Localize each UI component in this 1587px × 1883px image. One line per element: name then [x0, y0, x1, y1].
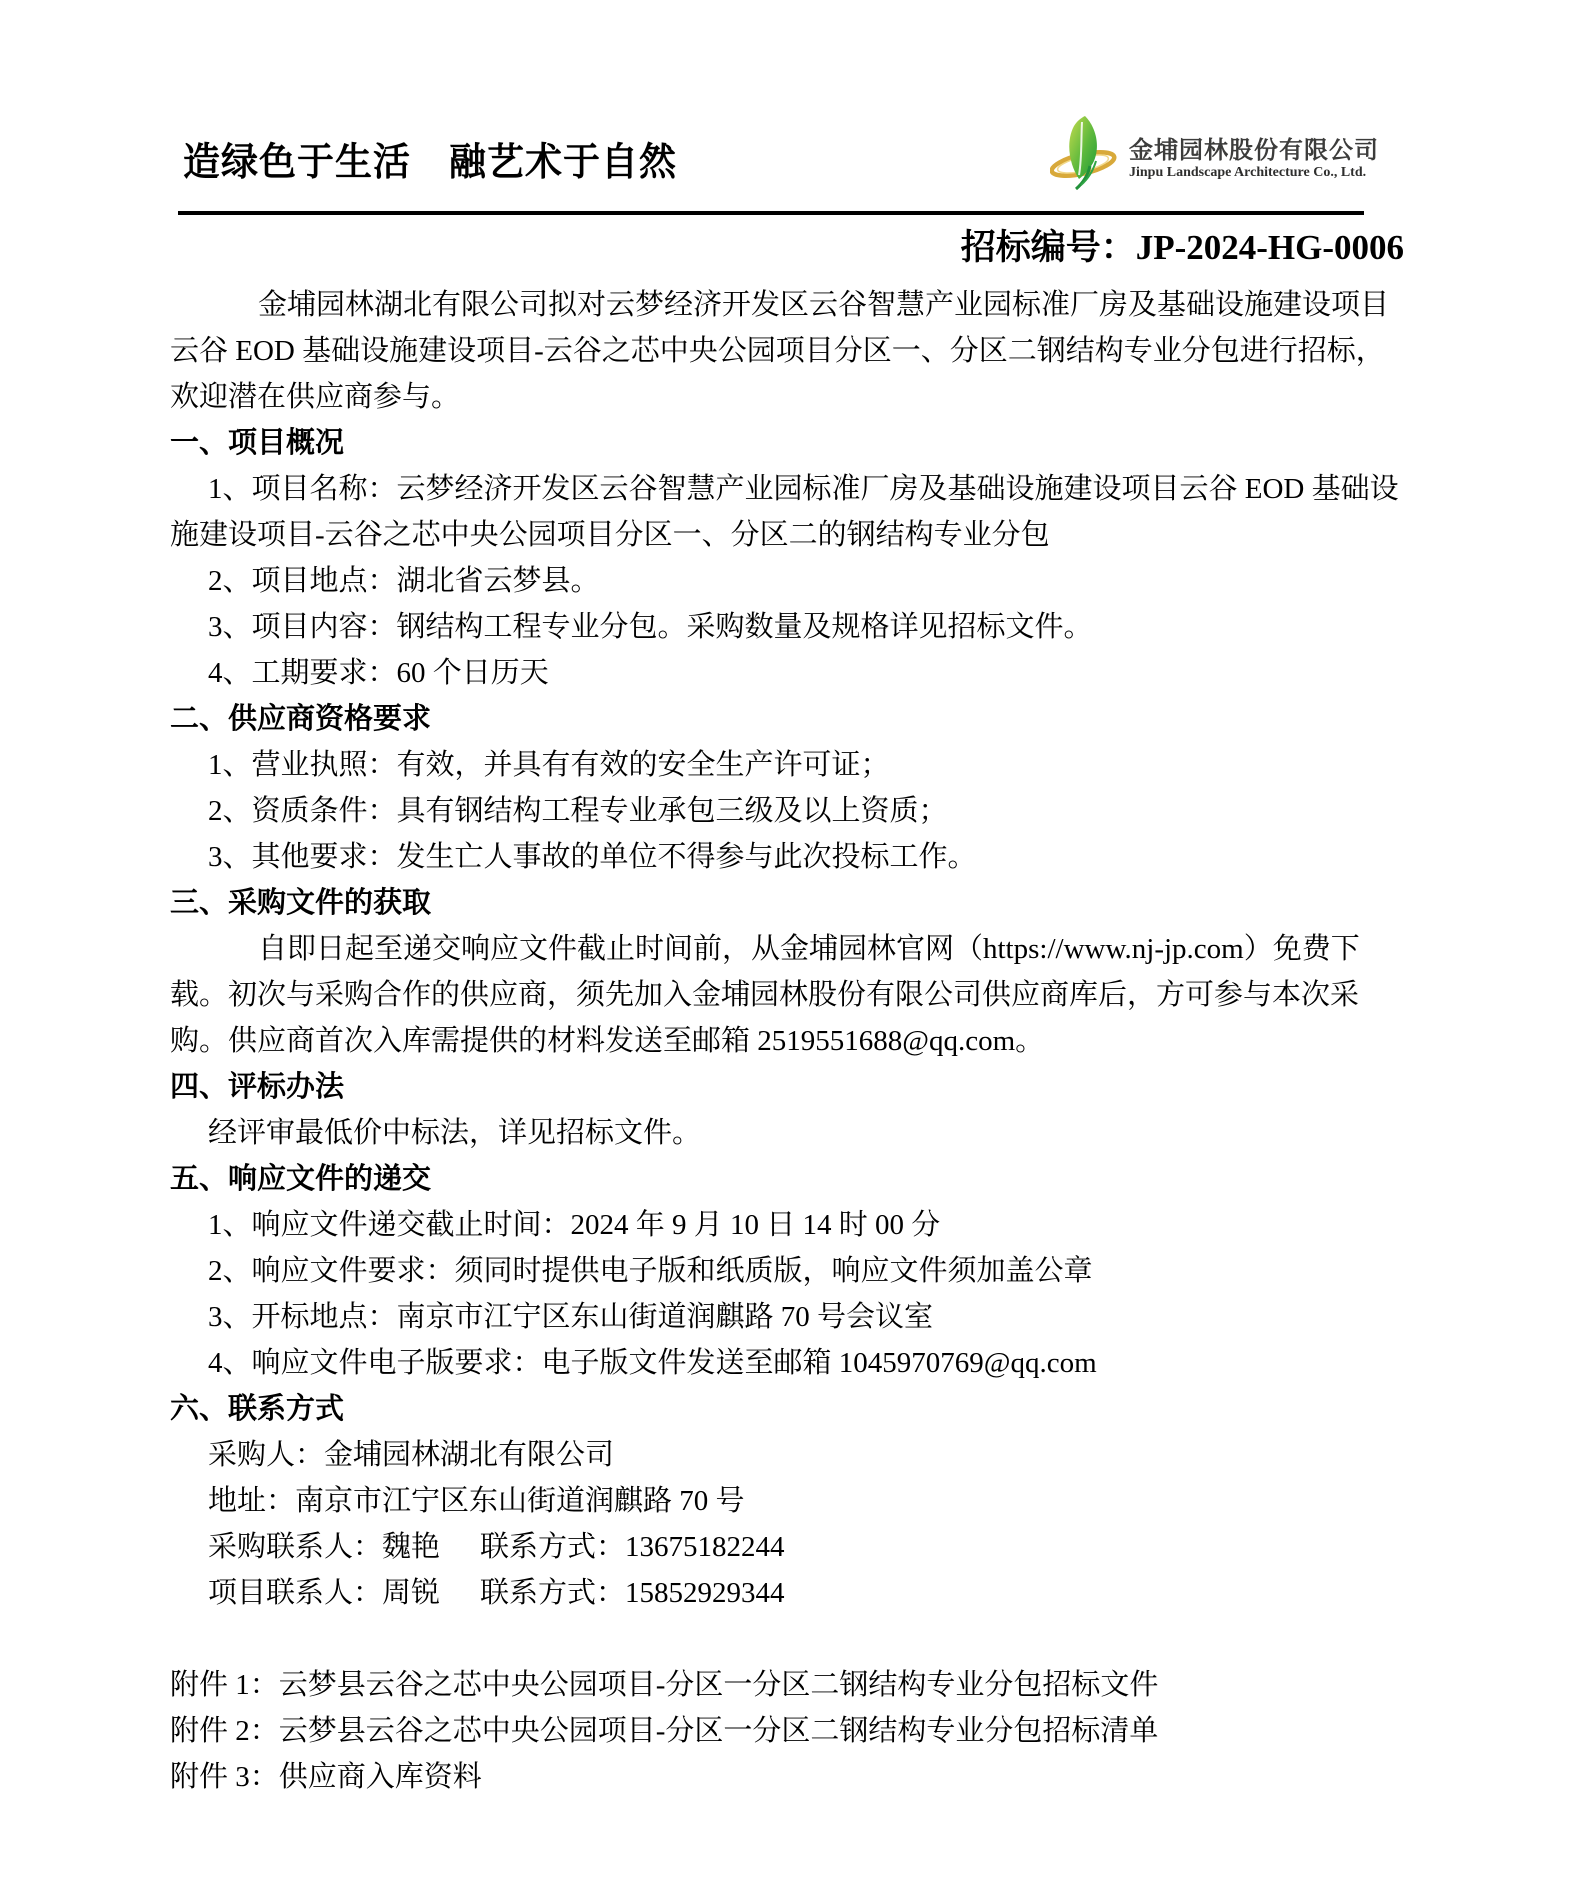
contact-phone: 联系方式：13675182244	[480, 1524, 785, 1570]
section-5-item-1: 1、响应文件递交截止时间：2024 年 9 月 10 日 14 时 00 分	[170, 1202, 1410, 1248]
section-5-item-3: 3、开标地点：南京市江宁区东山街道润麒路 70 号会议室	[170, 1294, 1410, 1340]
leaf-swoosh-icon	[1050, 114, 1124, 190]
section-3-paragraph: 自即日起至递交响应文件截止时间前，从金埔园林官网（https://www.nj-…	[170, 926, 1410, 1064]
section-4-paragraph: 经评审最低价中标法，详见招标文件。	[170, 1110, 1410, 1156]
tender-number-label: 招标编号：	[961, 228, 1136, 267]
section-2-item-2: 2、资质条件：具有钢结构工程专业承包三级及以上资质；	[170, 788, 1410, 834]
section-4-heading: 四、评标办法	[170, 1064, 1410, 1110]
section-1-item-2: 2、项目地点：湖北省云梦县。	[170, 558, 1410, 604]
section-3-heading: 三、采购文件的获取	[170, 880, 1410, 926]
attachments-block: 附件 1：云梦县云谷之芯中央公园项目-分区一分区二钢结构专业分包招标文件 附件 …	[170, 1662, 1410, 1800]
contact-name: 项目联系人：周锐	[208, 1570, 480, 1616]
section-6-heading: 六、联系方式	[170, 1386, 1410, 1432]
intro-paragraph: 金埔园林湖北有限公司拟对云梦经济开发区云谷智慧产业园标准厂房及基础设施建设项目云…	[170, 282, 1410, 420]
section-1-item-1: 1、项目名称：云梦经济开发区云谷智慧产业园标准厂房及基础设施建设项目云谷 EOD…	[170, 466, 1410, 558]
section-5-item-2: 2、响应文件要求：须同时提供电子版和纸质版，响应文件须加盖公章	[170, 1248, 1410, 1294]
tender-number-line: 招标编号：JP-2024-HG-0006	[961, 220, 1404, 270]
section-1-item-3: 3、项目内容：钢结构工程专业分包。采购数量及规格详见招标文件。	[170, 604, 1410, 650]
document-page: 造绿色于生活 融艺术于自然 金埔园林股份有限公司 Jinpu Landscape…	[0, 0, 1587, 1883]
address-line: 地址：南京市江宁区东山街道润麒路 70 号	[170, 1478, 1410, 1524]
tender-number-value: JP-2024-HG-0006	[1136, 228, 1404, 267]
logo-text-block: 金埔园林股份有限公司 Jinpu Landscape Architecture …	[1129, 114, 1379, 181]
contact-row-purchasing: 采购联系人：魏艳 联系方式：13675182244	[170, 1524, 1410, 1570]
contact-row-project: 项目联系人：周锐 联系方式：15852929344	[170, 1570, 1410, 1616]
section-2-item-3: 3、其他要求：发生亡人事故的单位不得参与此次投标工作。	[170, 834, 1410, 880]
section-2-heading: 二、供应商资格要求	[170, 696, 1410, 742]
attachment-item-3: 附件 3：供应商入库资料	[170, 1754, 1410, 1800]
section-2-item-1: 1、营业执照：有效，并具有有效的安全生产许可证；	[170, 742, 1410, 788]
attachment-item-1: 附件 1：云梦县云谷之芯中央公园项目-分区一分区二钢结构专业分包招标文件	[170, 1662, 1410, 1708]
section-5-heading: 五、响应文件的递交	[170, 1156, 1410, 1202]
company-slogan: 造绿色于生活 融艺术于自然	[183, 130, 677, 187]
section-5-item-4: 4、响应文件电子版要求：电子版文件发送至邮箱 1045970769@qq.com	[170, 1340, 1410, 1386]
attachment-item-2: 附件 2：云梦县云谷之芯中央公园项目-分区一分区二钢结构专业分包招标清单	[170, 1708, 1410, 1754]
company-name-en: Jinpu Landscape Architecture Co., Ltd.	[1129, 164, 1379, 181]
purchaser-line: 采购人：金埔园林湖北有限公司	[170, 1432, 1410, 1478]
section-1-heading: 一、项目概况	[170, 420, 1410, 466]
company-logo: 金埔园林股份有限公司 Jinpu Landscape Architecture …	[1050, 114, 1379, 190]
section-1-item-4: 4、工期要求：60 个日历天	[170, 650, 1410, 696]
document-body: 金埔园林湖北有限公司拟对云梦经济开发区云谷智慧产业园标准厂房及基础设施建设项目云…	[170, 282, 1410, 1800]
contact-name: 采购联系人：魏艳	[208, 1524, 480, 1570]
header-divider	[178, 211, 1364, 215]
contact-phone: 联系方式：15852929344	[480, 1570, 785, 1616]
company-name-cn: 金埔园林股份有限公司	[1129, 138, 1379, 164]
